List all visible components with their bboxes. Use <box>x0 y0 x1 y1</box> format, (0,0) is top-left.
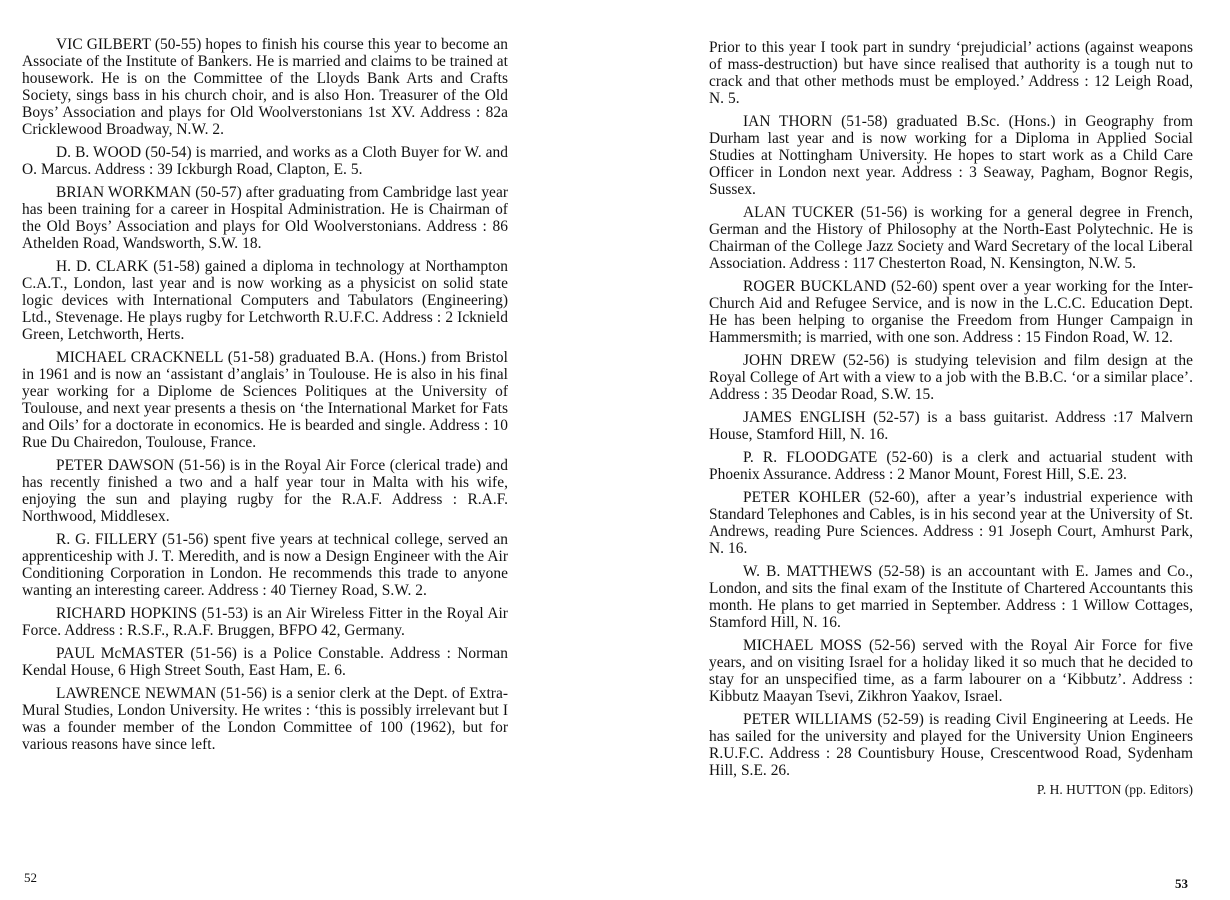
entry-d-b-wood: D. B. WOOD (50-54) is married, and works… <box>22 144 508 178</box>
entry-p-r-floodgate: P. R. FLOODGATE (52-60) is a clerk and a… <box>709 449 1193 483</box>
entry-vic-gilbert: VIC GILBERT (50-55) hopes to finish his … <box>22 36 508 138</box>
editor-signature: P. H. HUTTON (pp. Editors) <box>709 782 1193 798</box>
entry-r-g-fillery: R. G. FILLERY (51-56) spent five years a… <box>22 531 508 599</box>
entry-roger-buckland: ROGER BUCKLAND (52-60) spent over a year… <box>709 278 1193 346</box>
entry-paul-mcmaster: PAUL McMASTER (51-56) is a Police Consta… <box>22 645 508 679</box>
entry-w-b-matthews: W. B. MATTHEWS (52-58) is an accountant … <box>709 563 1193 631</box>
entry-michael-moss: MICHAEL MOSS (52-56) served with the Roy… <box>709 637 1193 705</box>
entry-brian-workman: BRIAN WORKMAN (50-57) after graduating f… <box>22 184 508 252</box>
left-page: VIC GILBERT (50-55) hopes to finish his … <box>22 36 508 759</box>
entry-james-english: JAMES ENGLISH (52-57) is a bass guitaris… <box>709 409 1193 443</box>
entry-ian-thorn: IAN THORN (51-58) graduated B.Sc. (Hons.… <box>709 113 1193 198</box>
entry-richard-hopkins: RICHARD HOPKINS (51-53) is an Air Wirele… <box>22 605 508 639</box>
entry-h-d-clark: H. D. CLARK (51-58) gained a diploma in … <box>22 258 508 343</box>
page-number-left: 52 <box>24 870 37 886</box>
entry-peter-kohler: PETER KOHLER (52-60), after a year’s ind… <box>709 489 1193 557</box>
right-page: Prior to this year I took part in sundry… <box>709 39 1193 798</box>
entry-john-drew: JOHN DREW (52-56) is studying television… <box>709 352 1193 403</box>
entry-continuation: Prior to this year I took part in sundry… <box>709 39 1193 107</box>
entry-michael-cracknell: MICHAEL CRACKNELL (51-58) graduated B.A.… <box>22 349 508 451</box>
entry-peter-williams: PETER WILLIAMS (52-59) is reading Civil … <box>709 711 1193 779</box>
entry-lawrence-newman: LAWRENCE NEWMAN (51-56) is a senior cler… <box>22 685 508 753</box>
page-number-right: 53 <box>1175 876 1188 892</box>
entry-alan-tucker: ALAN TUCKER (51-56) is working for a gen… <box>709 204 1193 272</box>
entry-peter-dawson: PETER DAWSON (51-56) is in the Royal Air… <box>22 457 508 525</box>
